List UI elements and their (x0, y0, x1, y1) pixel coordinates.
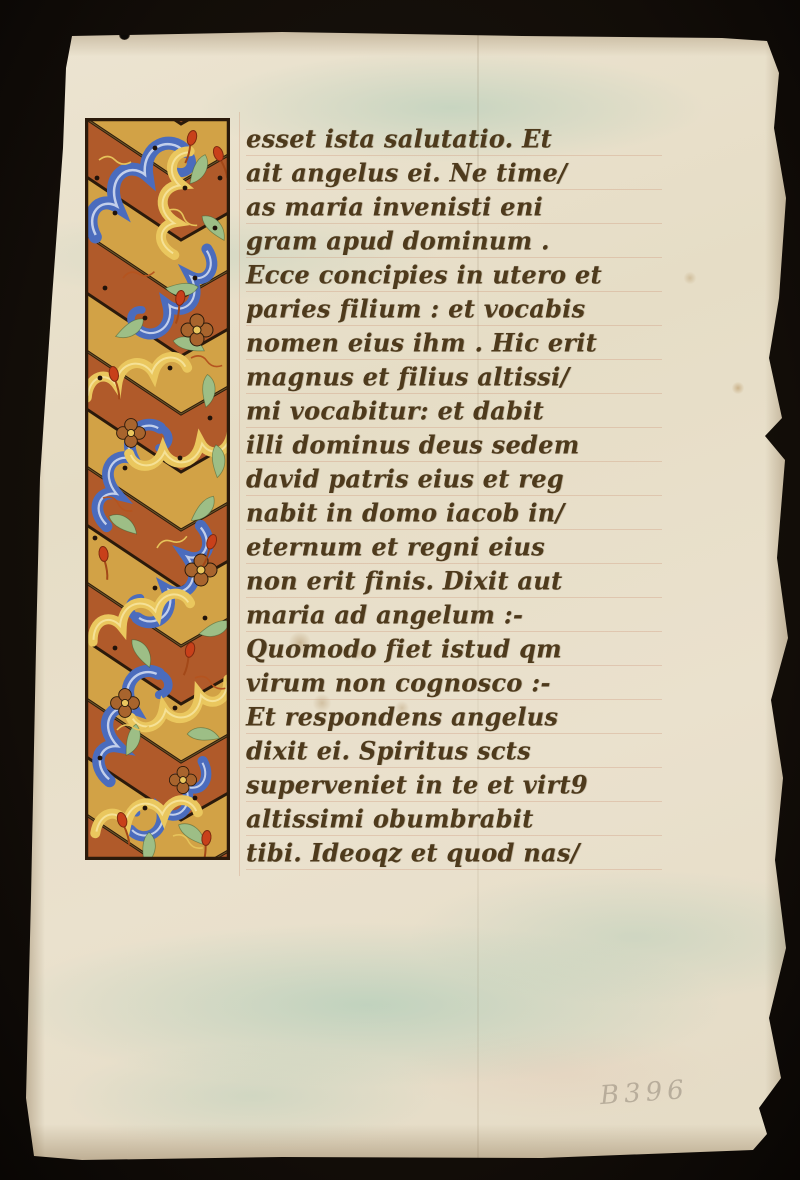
text-line: maria ad angelum :- (246, 597, 662, 632)
pencil-inscription: B396 (599, 1075, 690, 1111)
text-line: mi vocabitur: et dabit (246, 393, 662, 428)
text-line: dixit ei. Spiritus scts (246, 733, 662, 768)
text-line: illi dominus deus sedem (246, 427, 662, 462)
text-line: as maria invenisti eni (246, 189, 662, 224)
text-line: paries filium : et vocabis (246, 291, 662, 326)
text-line: eternum et regni eius (246, 529, 662, 564)
text-line: gram apud dominum . (246, 223, 662, 258)
text-line: esset ista salutatio. Et (246, 121, 662, 156)
text-line: Et respondens angelus (246, 699, 662, 734)
text-line: virum non cognosco :- (246, 665, 662, 700)
text-line: nabit in domo iacob in/ (246, 495, 662, 530)
text-line: tibi. Ideoqz et quod nas/ (246, 835, 662, 870)
text-line: superveniet in te et virt9 (246, 767, 662, 802)
text-line: Quomodo fiet istud qm (246, 631, 662, 666)
text-line: ait angelus ei. Ne time/ (246, 155, 662, 190)
text-line: altissimi obumbrabit (246, 801, 662, 836)
manuscript-leaf: esset ista salutatio. Et ait angelus ei.… (22, 28, 788, 1164)
text-line: nomen eius ihm . Hic erit (246, 325, 662, 360)
wormhole (119, 30, 130, 40)
text-line: david patris eius et reg (246, 461, 662, 496)
illuminated-border-art (85, 118, 230, 860)
text-line: Ecce concipies in utero et (246, 257, 662, 292)
text-block: esset ista salutatio. Et ait angelus ei.… (246, 122, 662, 870)
text-line: non erit finis. Dixit aut (246, 563, 662, 598)
photo-backdrop: { "text": { "lines": [ "esset ista salut… (0, 0, 800, 1180)
text-line: magnus et filius altissi/ (246, 359, 662, 394)
illuminated-border (85, 118, 230, 860)
